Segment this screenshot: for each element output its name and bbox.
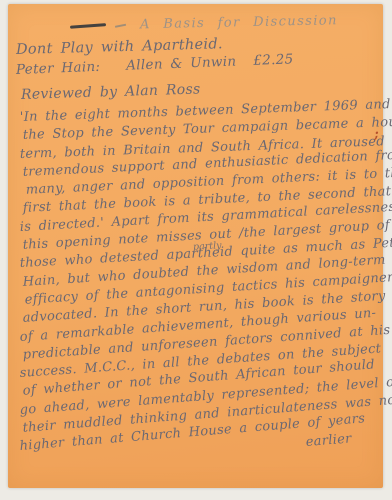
- photo-background: { "page": { "background_color": "#edebe5…: [0, 0, 392, 500]
- reviewer-line: Reviewed by Alan Ross: [21, 78, 294, 103]
- book-publisher: Allen & Unwin: [126, 54, 237, 74]
- strike-tick-icon: [115, 23, 126, 27]
- manuscript-paper: A Basis for Discussion Dont Play with Ap…: [8, 4, 383, 488]
- inserted-word-annotation: partly: [193, 240, 222, 252]
- book-author: Peter Hain:: [16, 59, 101, 78]
- review-body: 'In the eight months between September 1…: [20, 110, 378, 476]
- strike-mark-icon: [70, 23, 106, 29]
- heading-row: A Basis for Discussion: [70, 13, 338, 34]
- session-title: A Basis for Discussion: [140, 13, 338, 32]
- book-price: £2.25: [253, 51, 294, 69]
- margin-correction-mark: ;: [373, 127, 379, 142]
- book-header: Dont Play with Apartheid. Peter Hain: Al…: [16, 42, 294, 103]
